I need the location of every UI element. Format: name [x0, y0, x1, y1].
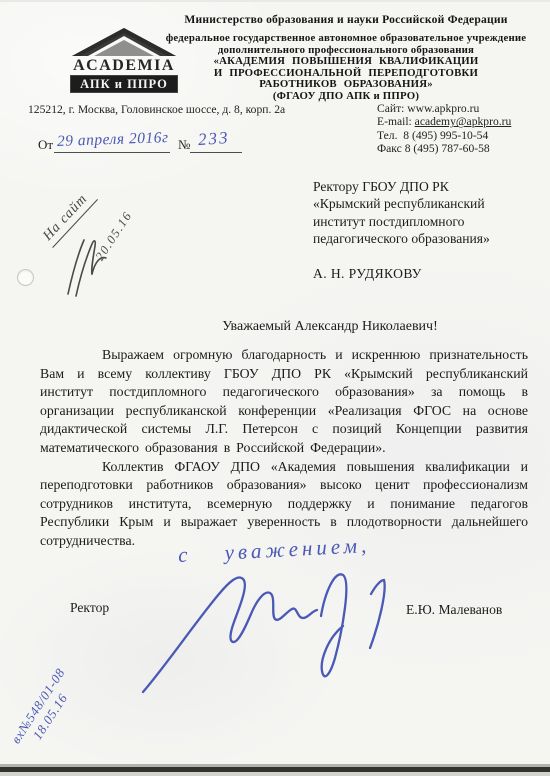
postal-address: 125212, г. Москва, Головинское шоссе, д.…	[28, 103, 285, 116]
recipient-line: «Крымский республиканский	[313, 195, 490, 212]
email-line: E-mail: academy@apkpro.ru	[377, 115, 511, 128]
scanned-letter-page: ACADEMIA АПК и ППРО Министерство образов…	[0, 0, 550, 776]
letter-body: Выражаем огромную благодарность и искрен…	[40, 346, 528, 551]
handwritten-date: 29 апреля 2016г	[57, 129, 169, 151]
hole-punch-mark	[17, 269, 34, 286]
org-line-6: (ФГАОУ ДПО АПК и ППРО)	[145, 91, 547, 103]
email-label: E-mail:	[377, 115, 415, 128]
recipient-name: А. Н. РУДЯКОВУ	[313, 265, 490, 282]
handwritten-number: 233	[197, 128, 230, 150]
recipient-line: институт постдипломного	[313, 213, 490, 230]
paragraph-1: Выражаем огромную благодарность и искрен…	[40, 346, 528, 458]
scan-top-edge	[0, 0, 550, 2]
salutation: Уважаемый Александр Николаевич!	[140, 319, 520, 335]
contacts-block: Сайт: www.apkpro.ru E-mail: academy@apkp…	[377, 102, 511, 156]
signer-name: Е.Ю. Малеванов	[406, 602, 502, 618]
recipient-line: педагогического образования»	[313, 230, 490, 247]
recipient-line: Ректору ГБОУ ДПО РК	[313, 178, 490, 195]
scan-edge-strip	[0, 772, 550, 776]
site-line: Сайт: www.apkpro.ru	[377, 102, 511, 115]
incoming-registration-note: вх№548/01-08 18.05.16	[8, 665, 82, 755]
signer-title: Ректор	[70, 600, 109, 616]
email-address: academy@apkpro.ru	[415, 115, 512, 128]
from-label: От	[38, 137, 53, 153]
rector-signature	[85, 552, 425, 712]
recipient-block: Ректору ГБОУ ДПО РК «Крымский республика…	[313, 178, 490, 282]
org-line-1: федеральное государственное автономное о…	[145, 33, 547, 45]
number-label: №	[178, 137, 190, 153]
ministry-line: Министерство образования и науки Российс…	[145, 13, 547, 26]
fax-line: Факс 8 (495) 787-60-58	[377, 142, 511, 155]
number-underline	[190, 152, 242, 153]
letterhead-block: Министерство образования и науки Российс…	[145, 13, 547, 103]
date-underline	[54, 152, 170, 153]
phone-line: Тел. 8 (495) 995-10-54	[377, 129, 511, 142]
